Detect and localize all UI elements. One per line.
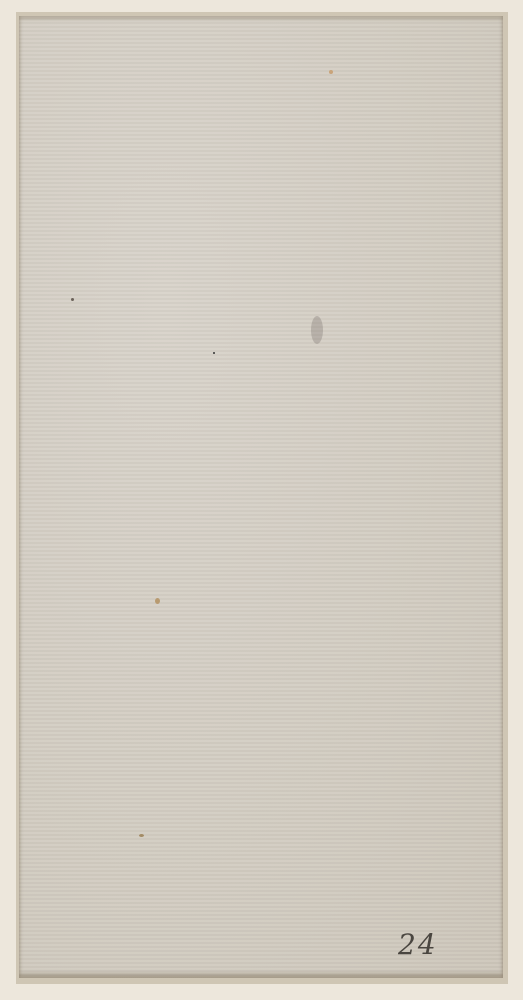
foxing-spot <box>139 834 144 837</box>
foxing-spot <box>329 70 333 74</box>
foxing-spot <box>71 298 74 301</box>
handwritten-number: 24 <box>398 928 438 961</box>
foxing-spot <box>213 352 215 354</box>
foxing-spot <box>155 598 160 604</box>
smudge-mark <box>311 316 323 344</box>
paper-sheet <box>19 16 503 978</box>
